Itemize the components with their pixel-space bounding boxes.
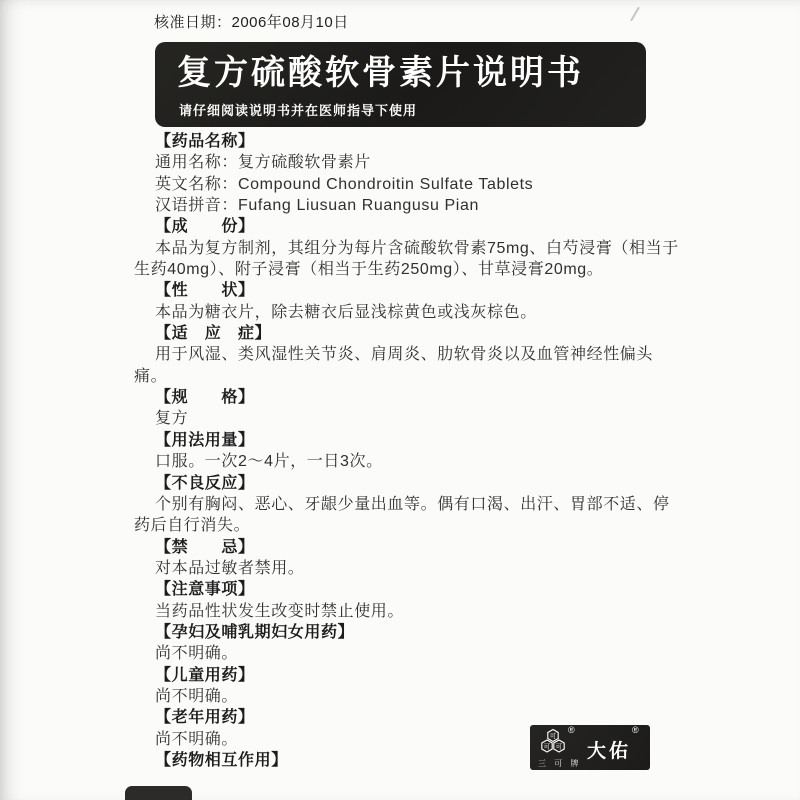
- text-line: 当药品性状发生改变时禁止使用。: [134, 601, 652, 622]
- package-insert-page: 核准日期：2006年08月10日 复方硫酸软骨素片说明书 请仔细阅读说明书并在医…: [0, 0, 800, 800]
- text-line: 本品为复方制剂，其组分为每片含硫酸软骨素75mg、白芍浸膏（相当于: [134, 238, 652, 259]
- brand-logo: 可 可 可 ® 大佑 ® 三 可 牌: [530, 725, 650, 770]
- section-heading: 【用法用量】: [134, 430, 652, 451]
- text-line: 对本品过敏者禁用。: [134, 558, 652, 579]
- scan-artifact: [630, 7, 640, 22]
- text-line: 英文名称：Compound Chondroitin Sulfate Tablet…: [134, 174, 652, 195]
- section-heading: 【不良反应】: [134, 473, 652, 494]
- text-line: 尚不明确。: [134, 643, 652, 664]
- next-section-banner-partial: [125, 786, 192, 800]
- svg-text:可: 可: [544, 742, 551, 750]
- section-heading: 【注意事项】: [134, 579, 652, 600]
- text-line: 复方: [134, 408, 652, 429]
- text-line: 个别有胸闷、恶心、牙龈少量出血等。偶有口渴、出汗、胃部不适、停: [134, 494, 652, 515]
- insert-body: 【药品名称】通用名称：复方硫酸软骨素片英文名称：Compound Chondro…: [134, 131, 652, 771]
- registered-mark-icon: ®: [632, 725, 639, 735]
- page-title: 复方硫酸软骨素片说明书: [177, 54, 646, 92]
- text-line: 通用名称：复方硫酸软骨素片: [134, 152, 652, 173]
- svg-text:可: 可: [556, 742, 563, 750]
- brand-series-label: 三 可 牌: [538, 758, 581, 769]
- section-heading: 【性 状】: [134, 280, 652, 301]
- section-heading: 【禁 忌】: [134, 537, 652, 558]
- section-heading: 【适 应 症】: [134, 323, 652, 344]
- text-line: 口服。一次2～4片，一日3次。: [134, 451, 652, 472]
- banner-subtitle: 请仔细阅读说明书并在医师指导下使用: [179, 100, 646, 119]
- approval-date: 核准日期：2006年08月10日: [154, 11, 349, 32]
- svg-text:可: 可: [550, 732, 557, 740]
- section-heading: 【孕妇及哺乳期妇女用药】: [134, 622, 652, 643]
- title-banner: 复方硫酸软骨素片说明书 请仔细阅读说明书并在医师指导下使用: [155, 42, 646, 127]
- text-line: 汉语拼音：Fufang Liusuan Ruangusu Pian: [134, 195, 652, 216]
- section-heading: 【药品名称】: [134, 131, 652, 152]
- text-line: 本品为糖衣片，除去糖衣后显浅棕黄色或浅灰棕色。: [134, 302, 652, 323]
- section-heading: 【成 份】: [134, 216, 652, 237]
- hexagon-trademark-icon: 可 可 可: [537, 727, 569, 759]
- section-heading: 【儿童用药】: [134, 665, 652, 686]
- text-line: 用于风湿、类风湿性关节炎、肩周炎、肋软骨炎以及血管神经性偏头: [134, 344, 652, 365]
- text-line: 痛。: [134, 366, 652, 387]
- text-line: 生药40mg）、附子浸膏（相当于生药250mg）、甘草浸膏20mg。: [134, 259, 652, 280]
- registered-mark-icon: ®: [568, 725, 575, 735]
- text-line: 尚不明确。: [134, 686, 652, 707]
- section-heading: 【规 格】: [134, 387, 652, 408]
- brand-name: 大佑: [587, 736, 631, 763]
- text-line: 药后自行消失。: [134, 515, 652, 536]
